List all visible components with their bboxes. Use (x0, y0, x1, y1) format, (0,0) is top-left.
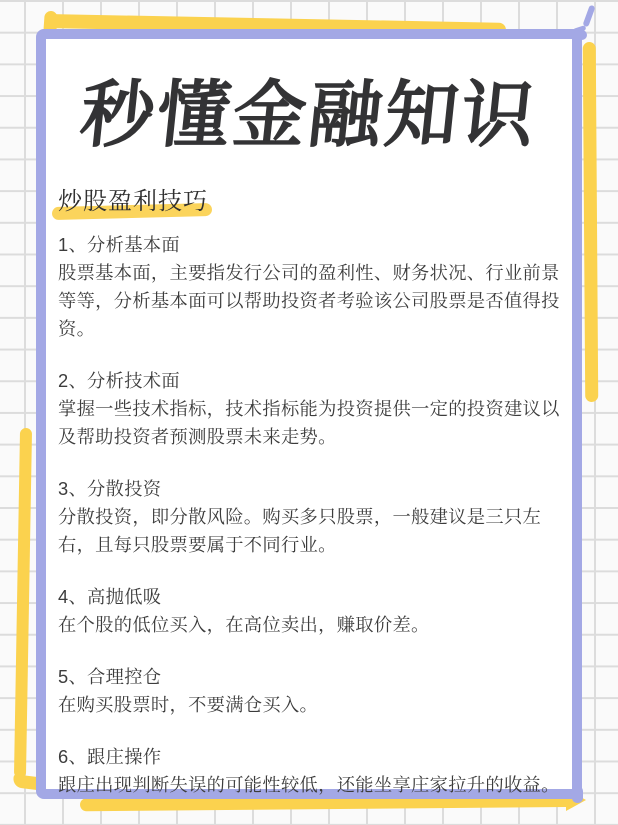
tip-section: 4、高抛低吸 在个股的低位买入，在高位卖出，赚取价差。 (58, 583, 573, 639)
tip-body: 掌握一些技术指标，技术指标能为投资提供一定的投资建议以及帮助投资者预测股票未来走… (58, 395, 573, 451)
tip-body: 在购买股票时，不要满仓买入。 (58, 691, 573, 719)
sparkle-icon (582, 5, 595, 28)
yellow-accent-right (583, 42, 599, 402)
tip-heading: 5、合理控仓 (58, 663, 573, 691)
tip-body: 分散投资，即分散风险。购买多只股票，一般建议是三只左右，且每只股票要属于不同行业… (58, 503, 573, 559)
tip-heading: 3、分散投资 (58, 475, 573, 503)
tip-section: 6、跟庄操作 跟庄出现判断失误的可能性较低，还能坐享庄家拉升的收益。 (58, 743, 573, 799)
content-card: 秒懂金融知识 炒股盈利技巧 1、分析基本面 股票基本面，主要指发行公司的盈利性、… (36, 29, 582, 799)
yellow-accent-left (14, 428, 32, 778)
frame-corner-nub-bottom-right (572, 786, 583, 803)
tip-heading: 4、高抛低吸 (58, 583, 573, 611)
frame-corner-nub-top-right (574, 30, 587, 40)
subtitle: 炒股盈利技巧 (58, 186, 208, 218)
card-content: 秒懂金融知识 炒股盈利技巧 1、分析基本面 股票基本面，主要指发行公司的盈利性、… (46, 77, 572, 825)
tip-section: 5、合理控仓 在购买股票时，不要满仓买入。 (58, 663, 573, 719)
tips-list: 1、分析基本面 股票基本面，主要指发行公司的盈利性、财务状况、行业前景等等，分析… (58, 231, 573, 799)
page-title: 秒懂金融知识 (42, 77, 576, 154)
tip-body: 跟庄出现判断失误的可能性较低，还能坐享庄家拉升的收益。 (58, 771, 573, 799)
tip-heading: 1、分析基本面 (58, 231, 573, 259)
tip-heading: 6、跟庄操作 (58, 743, 573, 771)
tip-body: 在个股的低位买入，在高位卖出，赚取价差。 (58, 611, 573, 639)
tip-section: 1、分析基本面 股票基本面，主要指发行公司的盈利性、财务状况、行业前景等等，分析… (58, 231, 573, 343)
tip-section: 3、分散投资 分散投资，即分散风险。购买多只股票，一般建议是三只左右，且每只股票… (58, 475, 573, 559)
tip-heading: 2、分析技术面 (58, 367, 573, 395)
tip-section: 2、分析技术面 掌握一些技术指标，技术指标能为投资提供一定的投资建议以及帮助投资… (58, 367, 573, 451)
subtitle-label: 炒股盈利技巧 (58, 188, 208, 215)
tip-body: 股票基本面，主要指发行公司的盈利性、财务状况、行业前景等等，分析基本面可以帮助投… (58, 259, 573, 343)
poster-background: 秒懂金融知识 炒股盈利技巧 1、分析基本面 股票基本面，主要指发行公司的盈利性、… (0, 0, 618, 825)
